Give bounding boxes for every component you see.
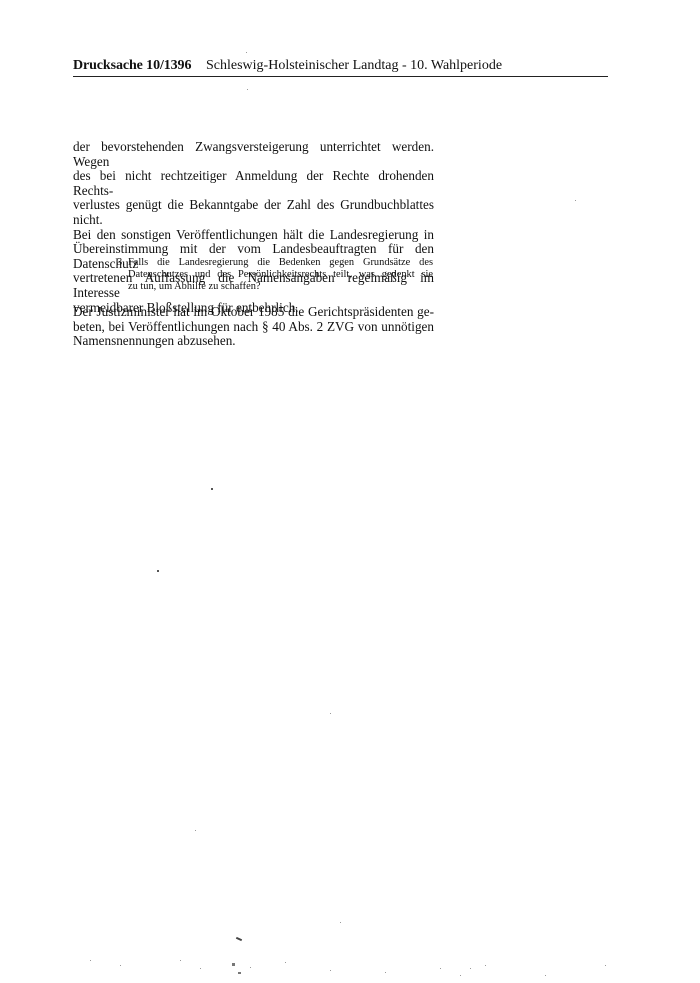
text-line: zu tun, um Abhilfe zu schaffen?: [128, 281, 433, 293]
scan-speck: [90, 960, 91, 961]
scan-speck: [246, 52, 247, 53]
parliament-title: Schleswig-Holsteinischer Landtag - 10. W…: [206, 58, 502, 74]
question-text: Falls die Landesregierung die Bedenken g…: [128, 257, 433, 293]
text-line: verlustes genügt die Bekanntgabe der Zah…: [73, 198, 434, 227]
scan-mark: [236, 937, 242, 941]
scan-speck: [247, 89, 248, 90]
question-3: 3. Falls die Landesregierung die Bedenke…: [117, 257, 433, 293]
text-line: der bevorstehenden Zwangsversteigerung u…: [73, 140, 434, 169]
scan-speck: [330, 713, 331, 714]
text-line: des bei nicht rechtzeitiger Anmeldung de…: [73, 169, 434, 198]
scan-speck: [340, 922, 341, 923]
scan-speck: [211, 488, 213, 490]
scan-speck: [238, 972, 241, 974]
text-line: Falls die Landesregierung die Bedenken g…: [128, 257, 433, 269]
scan-speck: [232, 963, 235, 966]
text-line: Der Justizminister hat im Oktober 1985 d…: [73, 305, 434, 320]
scan-speck: [180, 960, 181, 961]
scan-speck: [195, 830, 196, 831]
scan-speck: [120, 965, 121, 966]
scan-speck: [250, 967, 251, 968]
page-header: Drucksache 10/1396 Schleswig-Holsteinisc…: [73, 58, 608, 77]
text-line: Bei den sonstigen Veröffentlichungen häl…: [73, 228, 434, 243]
text-line: Datenschutzes und des Persönlichkeitsrec…: [128, 269, 433, 281]
text-line: Namensnennungen abzusehen.: [73, 334, 434, 349]
question-number: 3.: [117, 257, 125, 269]
scan-speck: [440, 968, 441, 969]
scan-speck: [485, 965, 486, 966]
answer-paragraph-2: Der Justizminister hat im Oktober 1985 d…: [73, 305, 434, 349]
scan-speck: [575, 200, 576, 201]
scan-speck: [385, 972, 386, 973]
scan-speck: [157, 570, 159, 572]
document-number: Drucksache 10/1396: [73, 58, 191, 74]
scan-speck: [545, 975, 546, 976]
scan-speck: [470, 968, 471, 969]
scan-speck: [285, 962, 286, 963]
scan-speck: [200, 968, 201, 969]
scan-speck: [605, 965, 606, 966]
scan-speck: [460, 975, 461, 976]
text-line: beten, bei Veröffentlichungen nach § 40 …: [73, 320, 434, 335]
scan-speck: [330, 970, 331, 971]
